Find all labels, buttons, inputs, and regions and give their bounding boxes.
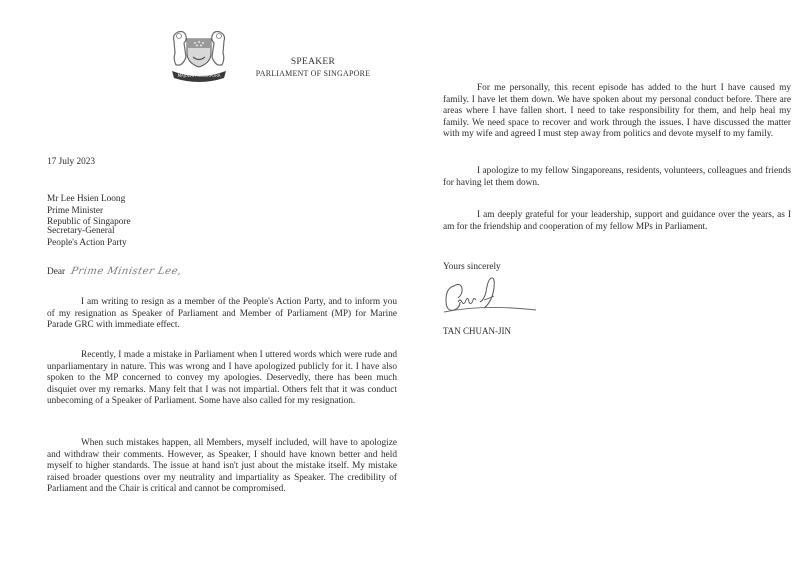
closing: Yours sincerely <box>443 262 501 274</box>
handwritten-signature-icon <box>440 274 540 319</box>
body-paragraph: For me personally, this recent episode h… <box>443 83 791 141</box>
body-paragraph: I apologize to my fellow Singaporeans, r… <box>443 166 791 189</box>
recipient-name: Mr Lee Hsien Loong <box>47 194 131 206</box>
salutation: Dear Prime Minister Lee, <box>47 266 182 279</box>
salutation-handwritten: Prime Minister Lee, <box>70 266 183 278</box>
singapore-coat-of-arms-icon: MAJULAH SINGAPURA <box>168 27 230 83</box>
recipient-party-address: Secretary-General People's Action Party <box>47 226 127 249</box>
letter-page-2: For me personally, this recent episode h… <box>410 0 800 567</box>
body-paragraph: When such mistakes happen, all Members, … <box>47 438 397 496</box>
signer-name: TAN CHUAN-JIN <box>443 326 511 338</box>
letterhead-title: SPEAKER <box>238 57 388 68</box>
recipient-party-title: Secretary-General <box>47 226 127 238</box>
recipient-title: Prime Minister <box>47 206 131 218</box>
letterhead-subtitle: PARLIAMENT OF SINGAPORE <box>238 68 388 79</box>
body-paragraph: I am deeply grateful for your leadership… <box>443 210 791 233</box>
recipient-party-name: People's Action Party <box>47 238 127 250</box>
recipient-address: Mr Lee Hsien Loong Prime Minister Republ… <box>47 194 131 229</box>
body-paragraph: I am writing to resign as a member of th… <box>47 297 397 332</box>
letterhead: MAJULAH SINGAPURA SPEAKER PARLIAMENT OF … <box>168 27 408 87</box>
svg-text:MAJULAH SINGAPURA: MAJULAH SINGAPURA <box>178 73 221 78</box>
body-paragraph: Recently, I made a mistake in Parliament… <box>47 350 397 408</box>
letter-page-1: MAJULAH SINGAPURA SPEAKER PARLIAMENT OF … <box>0 0 410 567</box>
letterhead-text: SPEAKER PARLIAMENT OF SINGAPORE <box>238 57 388 79</box>
letter-date: 17 July 2023 <box>47 157 95 169</box>
salutation-printed: Dear <box>47 267 65 279</box>
